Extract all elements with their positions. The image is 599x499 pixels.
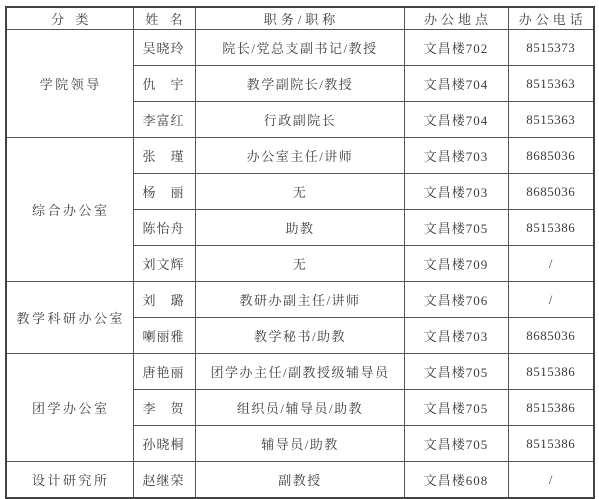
location-cell: 文昌楼704 [404, 66, 508, 102]
name-cell: 赵继荣 [133, 462, 195, 498]
title-cell: 助教 [195, 210, 404, 246]
table-row: 设计研究所 赵继荣 副教授 文昌楼608 / [6, 462, 594, 498]
header-phone: 办公电话 [508, 7, 594, 30]
title-cell: 教学秘书/助教 [195, 318, 404, 354]
table-row: 团学办公室 唐艳丽 团学办主任/副教授级辅导员 文昌楼705 8515386 [6, 354, 594, 390]
name-cell: 李富红 [133, 102, 195, 138]
name-cell: 唐艳丽 [133, 354, 195, 390]
header-category: 分 类 [6, 7, 133, 30]
name-cell: 张 瑾 [133, 138, 195, 174]
title-cell: 无 [195, 246, 404, 282]
category-cell: 综合办公室 [6, 138, 133, 282]
category-cell: 学院领导 [6, 30, 133, 138]
category-cell: 教学科研办公室 [6, 282, 133, 354]
phone-cell: 8515386 [508, 390, 594, 426]
title-cell: 团学办主任/副教授级辅导员 [195, 354, 404, 390]
title-cell: 办公室主任/讲师 [195, 138, 404, 174]
location-cell: 文昌楼703 [404, 318, 508, 354]
phone-cell: 8515386 [508, 426, 594, 462]
location-cell: 文昌楼704 [404, 102, 508, 138]
phone-cell: / [508, 246, 594, 282]
header-row: 分 类 姓 名 职务/职称 办公地点 办公电话 [6, 7, 594, 30]
location-cell: 文昌楼703 [404, 138, 508, 174]
title-cell: 行政副院长 [195, 102, 404, 138]
title-cell: 副教授 [195, 462, 404, 498]
phone-cell: / [508, 462, 594, 498]
phone-cell: 8515363 [508, 102, 594, 138]
phone-cell: 8685036 [508, 174, 594, 210]
title-cell: 辅导员/助教 [195, 426, 404, 462]
phone-cell: 8515363 [508, 66, 594, 102]
title-cell: 教研办副主任/讲师 [195, 282, 404, 318]
name-cell: 仇 宇 [133, 66, 195, 102]
phone-cell: 8515386 [508, 210, 594, 246]
title-cell: 教学副院长/教授 [195, 66, 404, 102]
table-row: 学院领导 吴晓玲 院长/党总支副书记/教授 文昌楼702 8515373 [6, 30, 594, 66]
phone-cell: / [508, 282, 594, 318]
name-cell: 刘文辉 [133, 246, 195, 282]
header-name: 姓 名 [133, 7, 195, 30]
title-cell: 组织员/辅导员/助教 [195, 390, 404, 426]
table-row: 综合办公室 张 瑾 办公室主任/讲师 文昌楼703 8685036 [6, 138, 594, 174]
location-cell: 文昌楼705 [404, 426, 508, 462]
location-cell: 文昌楼706 [404, 282, 508, 318]
name-cell: 杨 丽 [133, 174, 195, 210]
category-cell: 设计研究所 [6, 462, 133, 498]
header-location: 办公地点 [404, 7, 508, 30]
phone-cell: 8515386 [508, 354, 594, 390]
location-cell: 文昌楼703 [404, 174, 508, 210]
table-header: 分 类 姓 名 职务/职称 办公地点 办公电话 [6, 7, 594, 30]
table-row: 教学科研办公室 刘 璐 教研办副主任/讲师 文昌楼706 / [6, 282, 594, 318]
table-body: 学院领导 吴晓玲 院长/党总支副书记/教授 文昌楼702 8515373 仇 宇… [6, 30, 594, 498]
name-cell: 陈怡舟 [133, 210, 195, 246]
name-cell: 吴晓玲 [133, 30, 195, 66]
name-cell: 孙晓桐 [133, 426, 195, 462]
title-cell: 院长/党总支副书记/教授 [195, 30, 404, 66]
name-cell: 刘 璐 [133, 282, 195, 318]
location-cell: 文昌楼709 [404, 246, 508, 282]
location-cell: 文昌楼705 [404, 390, 508, 426]
phone-cell: 8685036 [508, 318, 594, 354]
location-cell: 文昌楼705 [404, 210, 508, 246]
location-cell: 文昌楼705 [404, 354, 508, 390]
title-cell: 无 [195, 174, 404, 210]
phone-cell: 8515373 [508, 30, 594, 66]
header-title: 职务/职称 [195, 7, 404, 30]
phone-cell: 8685036 [508, 138, 594, 174]
name-cell: 李 贺 [133, 390, 195, 426]
staff-directory-table: 分 类 姓 名 职务/职称 办公地点 办公电话 学院领导 吴晓玲 院长/党总支副… [5, 6, 595, 497]
category-cell: 团学办公室 [6, 354, 133, 462]
location-cell: 文昌楼608 [404, 462, 508, 498]
staff-directory-table-container: 分 类 姓 名 职务/职称 办公地点 办公电话 学院领导 吴晓玲 院长/党总支副… [5, 6, 595, 497]
name-cell: 喇丽雅 [133, 318, 195, 354]
location-cell: 文昌楼702 [404, 30, 508, 66]
